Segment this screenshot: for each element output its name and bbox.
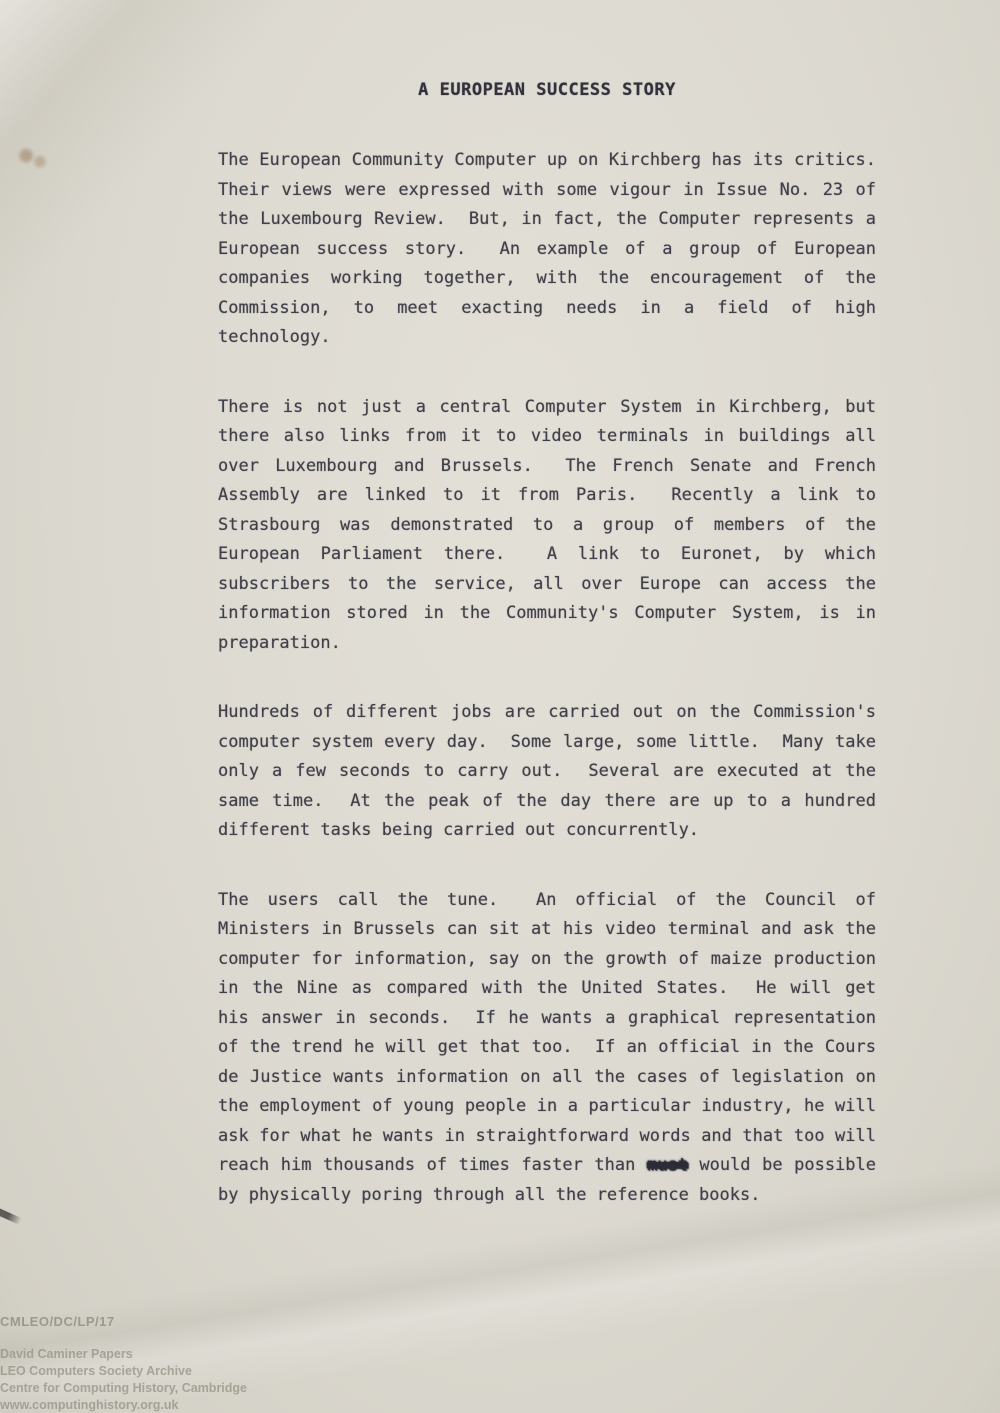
- text-line: there also links from it to video termin…: [218, 422, 876, 452]
- text-line: computer system every day. Some large, s…: [218, 728, 876, 758]
- text-line: reach him thousands of times faster than…: [218, 1151, 876, 1181]
- watermark-line: www.computinghistory.org.uk: [0, 1397, 247, 1413]
- watermark-line: LEO Computers Society Archive: [0, 1363, 247, 1380]
- text-line: only a few seconds to carry out. Several…: [218, 757, 876, 787]
- text-line: subscribers to the service, all over Eur…: [218, 570, 876, 600]
- text-line: Commission, to meet exacting needs in a …: [218, 294, 876, 324]
- text-line: Their views were expressed with some vig…: [218, 176, 876, 206]
- text-line: ask for what he wants in straightforward…: [218, 1122, 876, 1152]
- text-line: computer for information, say on the gro…: [218, 945, 876, 975]
- text-line: The users call the tune. An official of …: [218, 886, 876, 916]
- text-line: European Parliament there. A link to Eur…: [218, 540, 876, 570]
- text-line: Ministers in Brussels can sit at his vid…: [218, 915, 876, 945]
- text-line: information stored in the Community's Co…: [218, 599, 876, 629]
- text-line: Hundreds of different jobs are carried o…: [218, 698, 876, 728]
- text-line: in the Nine as compared with the United …: [218, 974, 876, 1004]
- text-line: Strasbourg was demonstrated to a group o…: [218, 511, 876, 541]
- paragraph: The users call the tune. An official of …: [218, 886, 876, 1211]
- struck-word: must: [647, 1155, 688, 1175]
- document-body: The European Community Computer up on Ki…: [218, 146, 876, 1250]
- text-line: the Luxembourg Review. But, in fact, the…: [218, 205, 876, 235]
- document-page: A EUROPEAN SUCCESS STORY The European Co…: [0, 0, 1000, 1413]
- text-line: same time. At the peak of the day there …: [218, 787, 876, 817]
- watermark-line: Centre for Computing History, Cambridge: [0, 1380, 247, 1397]
- text-line: the employment of young people in a part…: [218, 1092, 876, 1122]
- text-line: technology.: [218, 323, 876, 353]
- text-line: European success story. An example of a …: [218, 235, 876, 265]
- text-line: companies working together, with the enc…: [218, 264, 876, 294]
- watermark-line: David Caminer Papers: [0, 1346, 247, 1363]
- archive-watermark: David Caminer PapersLEO Computers Societ…: [0, 1346, 247, 1413]
- text-line: There is not just a central Computer Sys…: [218, 393, 876, 423]
- text-line: his answer in seconds. If he wants a gra…: [218, 1004, 876, 1034]
- text-line: de Justice wants information on all the …: [218, 1063, 876, 1093]
- pen-mark: [0, 1206, 22, 1225]
- paragraph: There is not just a central Computer Sys…: [218, 393, 876, 659]
- paragraph: The European Community Computer up on Ki…: [218, 146, 876, 353]
- text-line: of the trend he will get that too. If an…: [218, 1033, 876, 1063]
- text-line: Assembly are linked to it from Paris. Re…: [218, 481, 876, 511]
- text-line: over Luxembourg and Brussels. The French…: [218, 452, 876, 482]
- paragraph: Hundreds of different jobs are carried o…: [218, 698, 876, 846]
- archive-reference: CMLEO/DC/LP/17: [0, 1314, 115, 1329]
- text-line: The European Community Computer up on Ki…: [218, 146, 876, 176]
- paper-smudge: [16, 146, 50, 170]
- text-line: by physically poring through all the ref…: [218, 1181, 876, 1211]
- text-line: preparation.: [218, 629, 876, 659]
- document-title: A EUROPEAN SUCCESS STORY: [218, 80, 876, 100]
- text-line: different tasks being carried out concur…: [218, 816, 876, 846]
